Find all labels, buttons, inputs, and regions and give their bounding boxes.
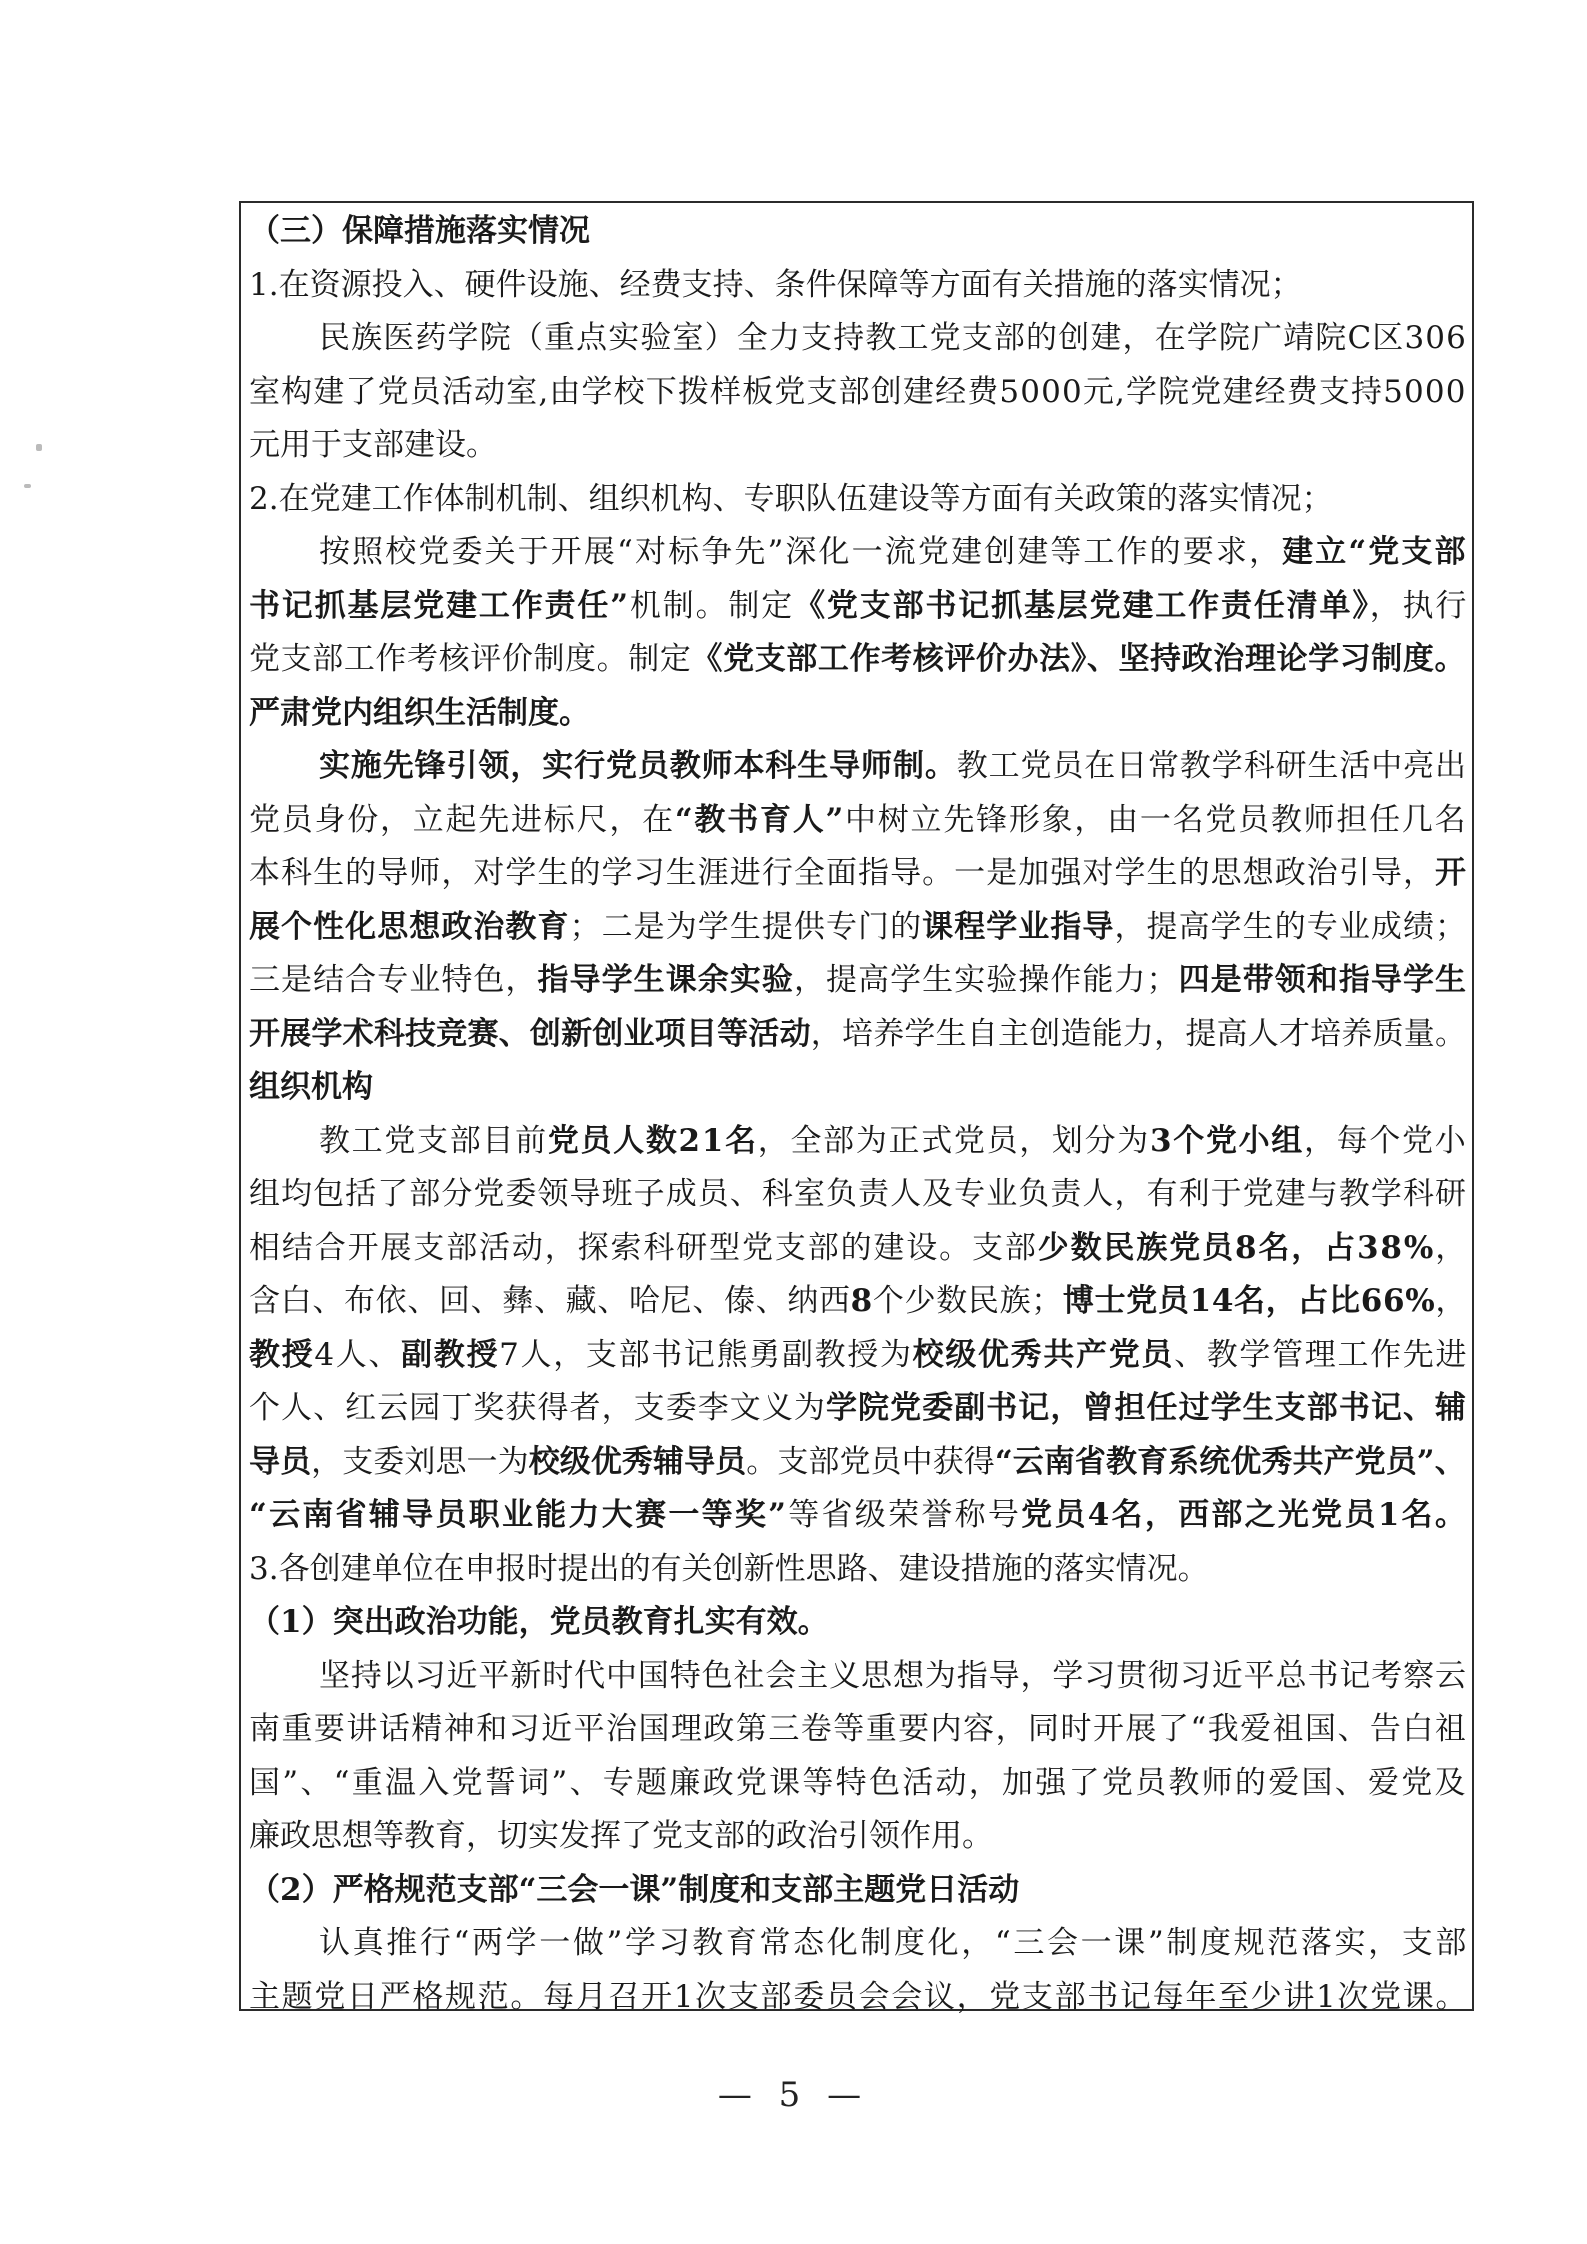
text-line: （1）突出政治功能，党员教育扎实有效。 xyxy=(249,1596,1466,1650)
text-run: 机制。制定 xyxy=(630,588,794,624)
bold-text-run: 教授 xyxy=(249,1337,314,1373)
bold-text-run: 党员4名，西部之光党员1名。 xyxy=(1021,1497,1468,1533)
scan-speck xyxy=(24,484,31,488)
bold-text-run: （三）保障措施落实情况 xyxy=(249,213,590,249)
bold-text-run: 建立“党支部 xyxy=(1282,534,1468,570)
text-line: 按照校党委关于开展“对标争先”深化一流党建创建等工作的要求，建立“党支部 xyxy=(249,526,1466,580)
bold-text-run: 3个党小组 xyxy=(1150,1123,1304,1159)
bold-text-run: 8 xyxy=(851,1283,873,1319)
text-line: 党支部工作考核评价制度。制定《党支部工作考核评价办法》、坚持政治理论学习制度。 xyxy=(249,633,1466,687)
text-line-content: 个人、红云园丁奖获得者，支委李文义为学院党委副书记，曾担任过学生支部书记、辅 xyxy=(249,1382,1467,1436)
text-line-content: 展个性化思想政治教育；二是为学生提供专门的课程学业指导，提高学生的专业成绩； xyxy=(249,901,1467,955)
bold-text-run: 博士党员14名，占比66% xyxy=(1063,1283,1435,1319)
text-run: 廉政思想等教育，切实发挥了党支部的政治引领作用。 xyxy=(249,1818,993,1854)
content-frame: （三）保障措施落实情况1.在资源投入、硬件设施、经费支持、条件保障等方面有关措施… xyxy=(239,201,1474,2011)
bold-text-run: “云南省教育系统优秀共产党员”、 xyxy=(995,1444,1466,1480)
text-line: “云南省辅导员职业能力大赛一等奖”等省级荣誉称号党员4名，西部之光党员1名。 xyxy=(249,1489,1466,1543)
bold-text-run: 指导学生课余实验 xyxy=(538,962,794,998)
bold-text-run: 校级优秀共产党员 xyxy=(913,1337,1174,1373)
text-line-content: （1）突出政治功能，党员教育扎实有效。 xyxy=(249,1596,829,1650)
text-line: 室构建了党员活动室,由学校下拨样板党支部创建经费5000元,学院党建经费支持50… xyxy=(249,366,1466,420)
bold-text-run: 《党支部工作考核评价办法》、坚持政治理论学习制度。 xyxy=(691,641,1466,677)
text-line-content: “云南省辅导员职业能力大赛一等奖”等省级荣誉称号党员4名，西部之光党员1名。 xyxy=(249,1489,1468,1543)
text-run: 国”、“重温入党誓词”、专题廉政党课等特色活动，加强了党员教师的爱国、爱党及 xyxy=(249,1765,1468,1801)
text-run: 党员身份，立起先进标尺，在 xyxy=(249,802,675,838)
text-run: 教工党支部目前 xyxy=(319,1123,548,1159)
text-line: （三）保障措施落实情况 xyxy=(249,205,1466,259)
bold-text-run: 展个性化思想政治教育 xyxy=(249,909,570,945)
text-line-content: 民族医药学院（重点实验室）全力支持教工党支部的创建，在学院广靖院C区306 xyxy=(319,312,1467,366)
text-run: 坚持以习近平新时代中国特色社会主义思想为指导，学习贯彻习近平总书记考察云 xyxy=(319,1658,1467,1694)
text-run: 民族医药学院（重点实验室）全力支持教工党支部的创建，在学院广靖院C区306 xyxy=(319,320,1467,356)
text-line: 三是结合专业特色，指导学生课余实验，提高学生实验操作能力；四是带领和指导学生 xyxy=(249,954,1466,1008)
bold-text-run: “教书育人” xyxy=(675,802,845,838)
text-run: 按照校党委关于开展“对标争先”深化一流党建创建等工作的要求， xyxy=(319,534,1282,570)
text-line: （2）严格规范支部“三会一课”制度和支部主题党日活动 xyxy=(249,1864,1466,1918)
text-line-content: 室构建了党员活动室,由学校下拨样板党支部创建经费5000元,学院党建经费支持50… xyxy=(249,366,1467,420)
text-run: 含白、布依、回、彝、藏、哈尼、傣、纳西 xyxy=(249,1283,851,1319)
text-line: 元用于支部建设。 xyxy=(249,419,1466,473)
text-line-content: 主题党日严格规范。每月召开1次支部委员会会议，党支部书记每年至少讲1次党课。 xyxy=(249,1971,1468,2025)
text-run: ， xyxy=(1435,1230,1468,1266)
text-run: 元用于支部建设。 xyxy=(249,427,497,463)
text-line-content: 3.各创建单位在申报时提出的有关创新性思路、建设措施的落实情况。 xyxy=(249,1543,1209,1597)
text-run: 党支部工作考核评价制度。制定 xyxy=(249,641,691,677)
text-line: 个人、红云园丁奖获得者，支委李文义为学院党委副书记，曾担任过学生支部书记、辅 xyxy=(249,1382,1466,1436)
text-run: 相结合开展支部活动，探索科研型党支部的建设。支部 xyxy=(249,1230,1038,1266)
text-line: 本科生的导师，对学生的学习生涯进行全面指导。一是加强对学生的思想政治引导，开 xyxy=(249,847,1466,901)
text-line: 廉政思想等教育，切实发挥了党支部的政治引领作用。 xyxy=(249,1810,1466,1864)
bold-text-run: 副教授 xyxy=(401,1337,499,1373)
text-line-content: 按照校党委关于开展“对标争先”深化一流党建创建等工作的要求，建立“党支部 xyxy=(319,526,1468,580)
text-body: （三）保障措施落实情况1.在资源投入、硬件设施、经费支持、条件保障等方面有关措施… xyxy=(249,205,1466,2024)
text-run: 。支部党员中获得 xyxy=(746,1444,995,1480)
text-line: 含白、布依、回、彝、藏、哈尼、傣、纳西8个少数民族；博士党员14名，占比66%， xyxy=(249,1275,1466,1329)
text-line-content: 实施先锋引领，实行党员教师本科生导师制。教工党员在日常教学科研生活中亮出 xyxy=(319,740,1467,794)
text-line-content: 2.在党建工作体制机制、组织机构、专职队伍建设等方面有关政策的落实情况； xyxy=(249,473,1333,527)
text-run: 组均包括了部分党委领导班子成员、科室负责人及专业负责人，有利于党建与教学科研 xyxy=(249,1176,1467,1212)
text-run: ， xyxy=(1435,1283,1467,1319)
text-line: 2.在党建工作体制机制、组织机构、专职队伍建设等方面有关政策的落实情况； xyxy=(249,473,1466,527)
bold-text-run: 书记抓基层党建工作责任” xyxy=(249,588,630,624)
text-line-content: 1.在资源投入、硬件设施、经费支持、条件保障等方面有关措施的落实情况； xyxy=(249,259,1302,313)
text-run: 2.在党建工作体制机制、组织机构、专职队伍建设等方面有关政策的落实情况； xyxy=(249,481,1333,517)
text-line-content: 南重要讲话精神和习近平治国理政第三卷等重要内容，同时开展了“我爱祖国、告白祖 xyxy=(249,1703,1467,1757)
bold-text-run: 组织机构 xyxy=(249,1069,373,1105)
text-line: 民族医药学院（重点实验室）全力支持教工党支部的创建，在学院广靖院C区306 xyxy=(249,312,1466,366)
text-line-content: 三是结合专业特色，指导学生课余实验，提高学生实验操作能力；四是带领和指导学生 xyxy=(249,954,1467,1008)
text-run: 个少数民族； xyxy=(873,1283,1063,1319)
text-line: 实施先锋引领，实行党员教师本科生导师制。教工党员在日常教学科研生活中亮出 xyxy=(249,740,1466,794)
text-run: ；二是为学生提供专门的 xyxy=(570,909,923,945)
text-line: 相结合开展支部活动，探索科研型党支部的建设。支部少数民族党员8名，占38%， xyxy=(249,1222,1466,1276)
text-run: 等省级荣誉称号 xyxy=(788,1497,1021,1533)
text-run: ，支委刘思一为 xyxy=(311,1444,529,1480)
bold-text-run: 实施先锋引领，实行党员教师本科生导师制。 xyxy=(319,748,957,784)
text-line-content: 相结合开展支部活动，探索科研型党支部的建设。支部少数民族党员8名，占38%， xyxy=(249,1222,1468,1276)
text-run: 三是结合专业特色， xyxy=(249,962,538,998)
bold-text-run: 课程学业指导 xyxy=(922,909,1114,945)
text-line-content: 坚持以习近平新时代中国特色社会主义思想为指导，学习贯彻习近平总书记考察云 xyxy=(319,1650,1467,1704)
text-line-content: 组均包括了部分党委领导班子成员、科室负责人及专业负责人，有利于党建与教学科研 xyxy=(249,1168,1467,1222)
text-line-content: 认真推行“两学一做”学习教育常态化制度化，“三会一课”制度规范落实，支部 xyxy=(319,1917,1469,1971)
text-run: 3.各创建单位在申报时提出的有关创新性思路、建设措施的落实情况。 xyxy=(249,1551,1209,1587)
text-run: ，提高学生的专业成绩； xyxy=(1114,909,1467,945)
bold-text-run: 导员 xyxy=(249,1444,311,1480)
bold-text-run: 学院党委副书记，曾担任过学生支部书记、辅 xyxy=(826,1390,1467,1426)
text-line: 1.在资源投入、硬件设施、经费支持、条件保障等方面有关措施的落实情况； xyxy=(249,259,1466,313)
text-run: ，培养学生自主创造能力，提高人才培养质量。 xyxy=(811,1016,1466,1052)
bold-text-run: 少数民族党员8名，占38% xyxy=(1038,1230,1435,1266)
text-line-content: 教授4人、副教授7人，支部书记熊勇副教授为校级优秀共产党员、教学管理工作先进 xyxy=(249,1329,1468,1383)
text-line-content: 含白、布依、回、彝、藏、哈尼、傣、纳西8个少数民族；博士党员14名，占比66%， xyxy=(249,1275,1467,1329)
bold-text-run: 党员人数21名 xyxy=(548,1123,758,1159)
text-run: 室构建了党员活动室,由学校下拨样板党支部创建经费5000元,学院党建经费支持50… xyxy=(249,374,1467,410)
text-run: ，全部为正式党员，划分为 xyxy=(758,1123,1150,1159)
text-line: 书记抓基层党建工作责任”机制。制定《党支部书记抓基层党建工作责任清单》，执行 xyxy=(249,580,1466,634)
page-number: — 5 — xyxy=(0,2075,1587,2115)
text-run: 主题党日严格规范。每月召开1次支部委员会会议，党支部书记每年至少讲1次党课。 xyxy=(249,1979,1468,2015)
bold-text-run: “云南省辅导员职业能力大赛一等奖” xyxy=(249,1497,788,1533)
text-run: 个人、红云园丁奖获得者，支委李文义为 xyxy=(249,1390,826,1426)
text-line: 严肃党内组织生活制度。 xyxy=(249,687,1466,741)
text-line-content: 严肃党内组织生活制度。 xyxy=(249,687,590,741)
text-line: 3.各创建单位在申报时提出的有关创新性思路、建设措施的落实情况。 xyxy=(249,1543,1466,1597)
text-line: 国”、“重温入党誓词”、专题廉政党课等特色活动，加强了党员教师的爱国、爱党及 xyxy=(249,1757,1466,1811)
bold-text-run: 开 xyxy=(1435,855,1467,891)
text-run: 、教学管理工作先进 xyxy=(1174,1337,1468,1373)
text-line: 组均包括了部分党委领导班子成员、科室负责人及专业负责人，有利于党建与教学科研 xyxy=(249,1168,1466,1222)
text-line-content: 本科生的导师，对学生的学习生涯进行全面指导。一是加强对学生的思想政治引导，开 xyxy=(249,847,1467,901)
bold-text-run: 四是带领和指导学生 xyxy=(1179,962,1468,998)
text-line: 导员，支委刘思一为校级优秀辅导员。支部党员中获得“云南省教育系统优秀共产党员”、 xyxy=(249,1436,1466,1490)
text-run: ，每个党小 xyxy=(1304,1123,1467,1159)
bold-text-run: 开展学术科技竞赛、创新创业项目等活动 xyxy=(249,1016,811,1052)
bold-text-run: （2）严格规范支部“三会一课”制度和支部主题党日活动 xyxy=(249,1872,1019,1908)
text-run: ，提高学生实验操作能力； xyxy=(794,962,1179,998)
text-line-content: （2）严格规范支部“三会一课”制度和支部主题党日活动 xyxy=(249,1864,1019,1918)
text-line-content: 教工党支部目前党员人数21名，全部为正式党员，划分为3个党小组，每个党小 xyxy=(319,1115,1467,1169)
text-run: 4人、 xyxy=(314,1337,401,1373)
text-line-content: 组织机构 xyxy=(249,1061,373,1115)
text-run: 认真推行“两学一做”学习教育常态化制度化，“三会一课”制度规范落实，支部 xyxy=(319,1925,1469,1961)
text-run: 本科生的导师，对学生的学习生涯进行全面指导。一是加强对学生的思想政治引导， xyxy=(249,855,1435,891)
text-line: 党员身份，立起先进标尺，在“教书育人”中树立先锋形象，由一名党员教师担任几名 xyxy=(249,794,1466,848)
text-line: 南重要讲话精神和习近平治国理政第三卷等重要内容，同时开展了“我爱祖国、告白祖 xyxy=(249,1703,1466,1757)
text-run: 7人，支部书记熊勇副教授为 xyxy=(499,1337,913,1373)
bold-text-run: 《党支部书记抓基层党建工作责任清单》 xyxy=(794,588,1370,624)
text-line-content: 廉政思想等教育，切实发挥了党支部的政治引领作用。 xyxy=(249,1810,993,1864)
text-run: ，执行 xyxy=(1370,588,1469,624)
text-line-content: 书记抓基层党建工作责任”机制。制定《党支部书记抓基层党建工作责任清单》，执行 xyxy=(249,580,1468,634)
text-line: 展个性化思想政治教育；二是为学生提供专门的课程学业指导，提高学生的专业成绩； xyxy=(249,901,1466,955)
text-line-content: 导员，支委刘思一为校级优秀辅导员。支部党员中获得“云南省教育系统优秀共产党员”、 xyxy=(249,1436,1466,1490)
text-run: 中树立先锋形象，由一名党员教师担任几名 xyxy=(845,802,1467,838)
scan-speck xyxy=(36,444,42,451)
bold-text-run: 严肃党内组织生活制度。 xyxy=(249,695,590,731)
text-run: 1.在资源投入、硬件设施、经费支持、条件保障等方面有关措施的落实情况； xyxy=(249,267,1302,303)
text-line: 教授4人、副教授7人，支部书记熊勇副教授为校级优秀共产党员、教学管理工作先进 xyxy=(249,1329,1466,1383)
text-line: 主题党日严格规范。每月召开1次支部委员会会议，党支部书记每年至少讲1次党课。 xyxy=(249,1971,1466,2025)
text-line: 坚持以习近平新时代中国特色社会主义思想为指导，学习贯彻习近平总书记考察云 xyxy=(249,1650,1466,1704)
text-line-content: 党员身份，立起先进标尺，在“教书育人”中树立先锋形象，由一名党员教师担任几名 xyxy=(249,794,1467,848)
text-line-content: 国”、“重温入党誓词”、专题廉政党课等特色活动，加强了党员教师的爱国、爱党及 xyxy=(249,1757,1468,1811)
text-line-content: 开展学术科技竞赛、创新创业项目等活动，培养学生自主创造能力，提高人才培养质量。 xyxy=(249,1008,1466,1062)
text-line-content: 党支部工作考核评价制度。制定《党支部工作考核评价办法》、坚持政治理论学习制度。 xyxy=(249,633,1466,687)
bold-text-run: 校级优秀辅导员 xyxy=(529,1444,747,1480)
text-line: 组织机构 xyxy=(249,1061,1466,1115)
text-run: 南重要讲话精神和习近平治国理政第三卷等重要内容，同时开展了“我爱祖国、告白祖 xyxy=(249,1711,1467,1747)
bold-text-run: （1）突出政治功能，党员教育扎实有效。 xyxy=(249,1604,829,1640)
text-line: 教工党支部目前党员人数21名，全部为正式党员，划分为3个党小组，每个党小 xyxy=(249,1115,1466,1169)
text-line: 开展学术科技竞赛、创新创业项目等活动，培养学生自主创造能力，提高人才培养质量。 xyxy=(249,1008,1466,1062)
text-line-content: （三）保障措施落实情况 xyxy=(249,205,590,259)
text-line-content: 元用于支部建设。 xyxy=(249,419,497,473)
text-line: 认真推行“两学一做”学习教育常态化制度化，“三会一课”制度规范落实，支部 xyxy=(249,1917,1466,1971)
text-run: 教工党员在日常教学科研生活中亮出 xyxy=(957,748,1467,784)
